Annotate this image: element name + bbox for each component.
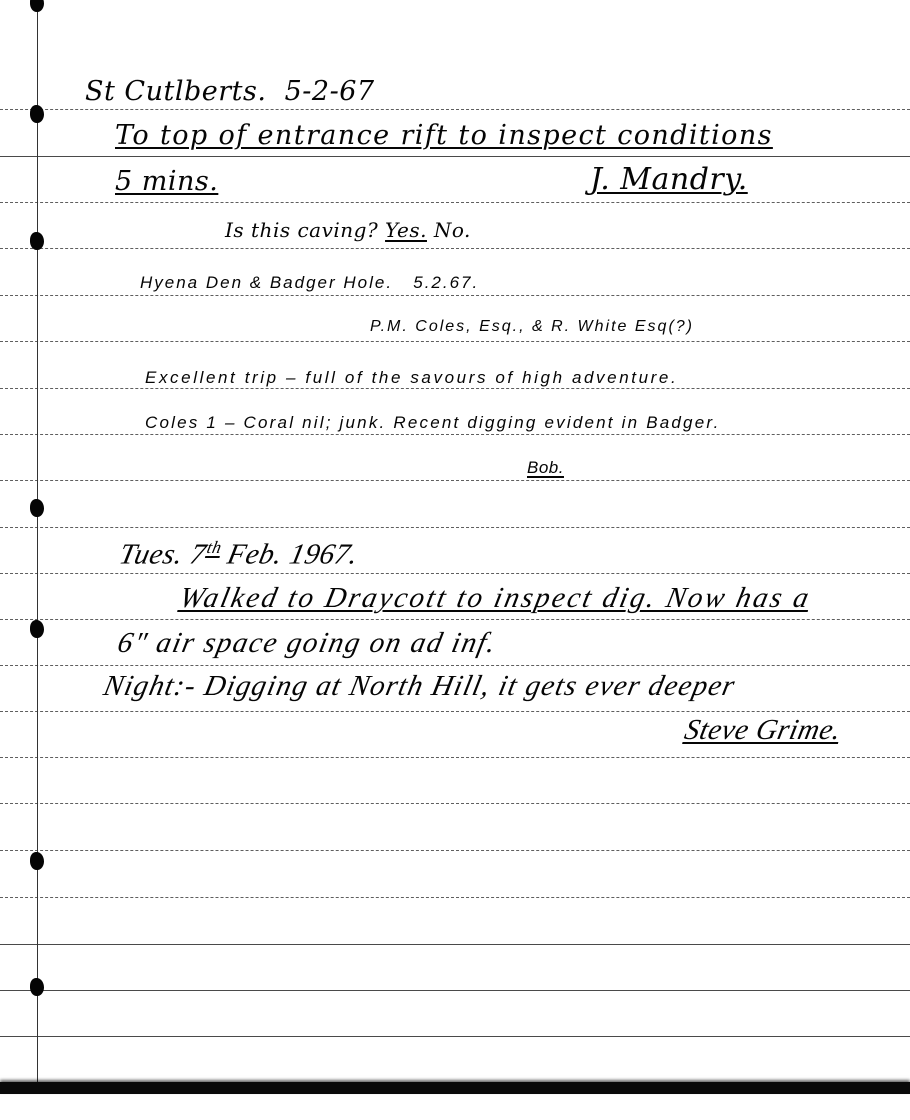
- binding-hole: [30, 105, 44, 123]
- entry-heading-day: Tues. 7: [117, 539, 209, 571]
- entry-heading-title: Hyena Den & Badger Hole.: [140, 273, 393, 292]
- entry-heading-title: St Cutlberts.: [85, 76, 266, 107]
- entry-2-signature: Bob.: [527, 458, 564, 478]
- ruled-line: [0, 295, 910, 296]
- ruled-line: [0, 156, 910, 157]
- entry-date: 5.2.67.: [413, 273, 479, 292]
- ruled-line: [0, 248, 910, 249]
- ruled-line: [0, 109, 910, 110]
- ruled-line: [0, 341, 910, 342]
- ruled-line: [0, 711, 910, 712]
- ruled-line: [0, 944, 910, 945]
- binding-hole: [30, 499, 44, 517]
- binding-hole: [30, 232, 44, 250]
- ruled-line: [0, 619, 910, 620]
- entry-1-annotation: Is this caving? Yes. No.: [225, 218, 471, 242]
- ruled-line: [0, 665, 910, 666]
- ruled-line: [0, 527, 910, 528]
- entry-2-line: Coles 1 – Coral nil; junk. Recent diggin…: [145, 413, 721, 433]
- entry-3-line: 6" air space going on ad inf.: [114, 627, 499, 660]
- ruled-line: [0, 850, 910, 851]
- binding-hole: [30, 852, 44, 870]
- ruled-line: [0, 757, 910, 758]
- entry-3-heading: Tues. 7th Feb. 1967.: [116, 537, 361, 572]
- entry-3-line: Night:- Digging at North Hill, it gets e…: [100, 670, 738, 703]
- entry-1-duration: 5 mins.: [115, 166, 218, 197]
- ruled-line: [0, 388, 910, 389]
- ruled-line: [0, 803, 910, 804]
- ruled-line: [0, 1036, 910, 1037]
- binding-hole: [30, 620, 44, 638]
- ruled-line: [0, 202, 910, 203]
- annotation-no: No.: [434, 218, 471, 242]
- ruled-line: [0, 990, 910, 991]
- log-book-page: St Cutlberts. 5-2-67 To top of entrance …: [0, 0, 910, 1120]
- entry-1-heading: St Cutlberts. 5-2-67: [85, 76, 375, 107]
- entry-2-line: Excellent trip – full of the savours of …: [145, 368, 678, 388]
- binding-hole: [30, 978, 44, 996]
- entry-2-heading: Hyena Den & Badger Hole. 5.2.67.: [140, 273, 479, 293]
- annotation-question: Is this caving?: [225, 218, 378, 242]
- margin-line: [37, 0, 38, 1092]
- entry-date: 5-2-67: [285, 76, 375, 107]
- page-bottom-edge: [0, 1082, 910, 1094]
- annotation-yes: Yes.: [385, 218, 427, 242]
- entry-3-line: Walked to Draycott to inspect dig. Now h…: [176, 582, 814, 615]
- entry-1-text: To top of entrance rift to inspect condi…: [115, 120, 773, 151]
- entry-heading-rest: Feb. 1967.: [217, 539, 361, 571]
- binding-hole: [30, 0, 44, 12]
- entry-3-signature: Steve Grime.: [681, 714, 844, 747]
- ruled-line: [0, 434, 910, 435]
- entry-1-signature: J. Mandry.: [590, 162, 748, 197]
- ruled-line: [0, 480, 910, 481]
- ruled-line: [0, 573, 910, 574]
- entry-2-party: P.M. Coles, Esq., & R. White Esq(?): [370, 318, 694, 336]
- ruled-line: [0, 897, 910, 898]
